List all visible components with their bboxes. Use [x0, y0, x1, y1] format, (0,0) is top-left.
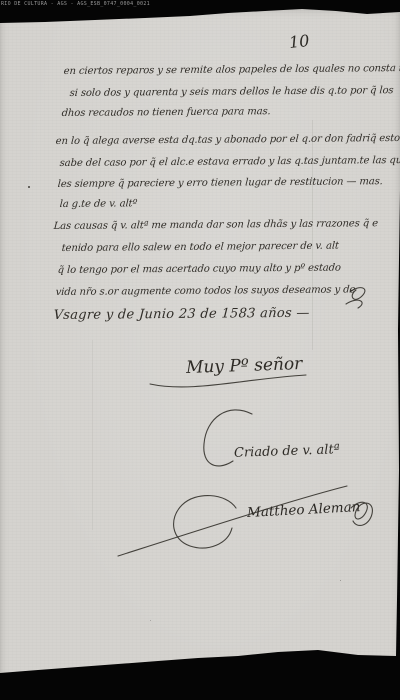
manuscript-line: les siempre q̃ pareciere y erro tienen l… [57, 176, 383, 190]
salutation-underline-flourish [150, 375, 306, 387]
manuscript-line: en ciertos reparos y se remite alos pape… [63, 63, 400, 77]
signature-text: Mattheo Aleman [247, 499, 361, 521]
closing-text: Criado de v. altª [234, 442, 340, 461]
fold-crease [92, 340, 93, 530]
ink-flourishes [0, 0, 400, 700]
salutation-text: Muy Pº señor [186, 354, 303, 378]
manuscript-page: 10 en ciertos reparos y se remite alos p… [0, 0, 400, 700]
manuscript-line: sabe del caso por q̃ el alc.e estava err… [59, 155, 400, 169]
fold-crease [312, 120, 313, 350]
manuscript-line: tenido para ello salew en todo el mejor … [61, 241, 339, 254]
manuscript-line: dhos recaudos no tienen fuerca para mas. [61, 106, 271, 119]
paper-speck [340, 580, 341, 581]
manuscript-line: en lo q̃ alega averse esta dq.tas y abon… [55, 133, 400, 147]
manuscript-dateline: Vsagre y de Junio 23 de 1583 años — [53, 306, 310, 323]
paper-speck [150, 620, 151, 621]
archive-caption: RIO DE CULTURA - AGS - AGS_ESB_0747_0004… [1, 1, 150, 7]
manuscript-line: vida nr̃o s.or augmente como todos los s… [55, 284, 355, 298]
signature-circle-flourish [174, 496, 236, 548]
document-scan-viewer: RIO DE CULTURA - AGS - AGS_ESB_0747_0004… [0, 0, 400, 700]
manuscript-line: la g.te de v. altº [59, 198, 137, 210]
manuscript-line: si solo dos y quarenta y seis mars dello… [69, 85, 394, 99]
signature-diagonal-flourish [118, 486, 347, 556]
manuscript-line: q̃ lo tengo por el mas acertado cuyo muy… [57, 263, 341, 276]
folio-number: 10 [288, 31, 310, 52]
paper-speck [28, 186, 30, 188]
manuscript-line: Las causas q̃ v. altª me manda dar son l… [53, 218, 378, 232]
